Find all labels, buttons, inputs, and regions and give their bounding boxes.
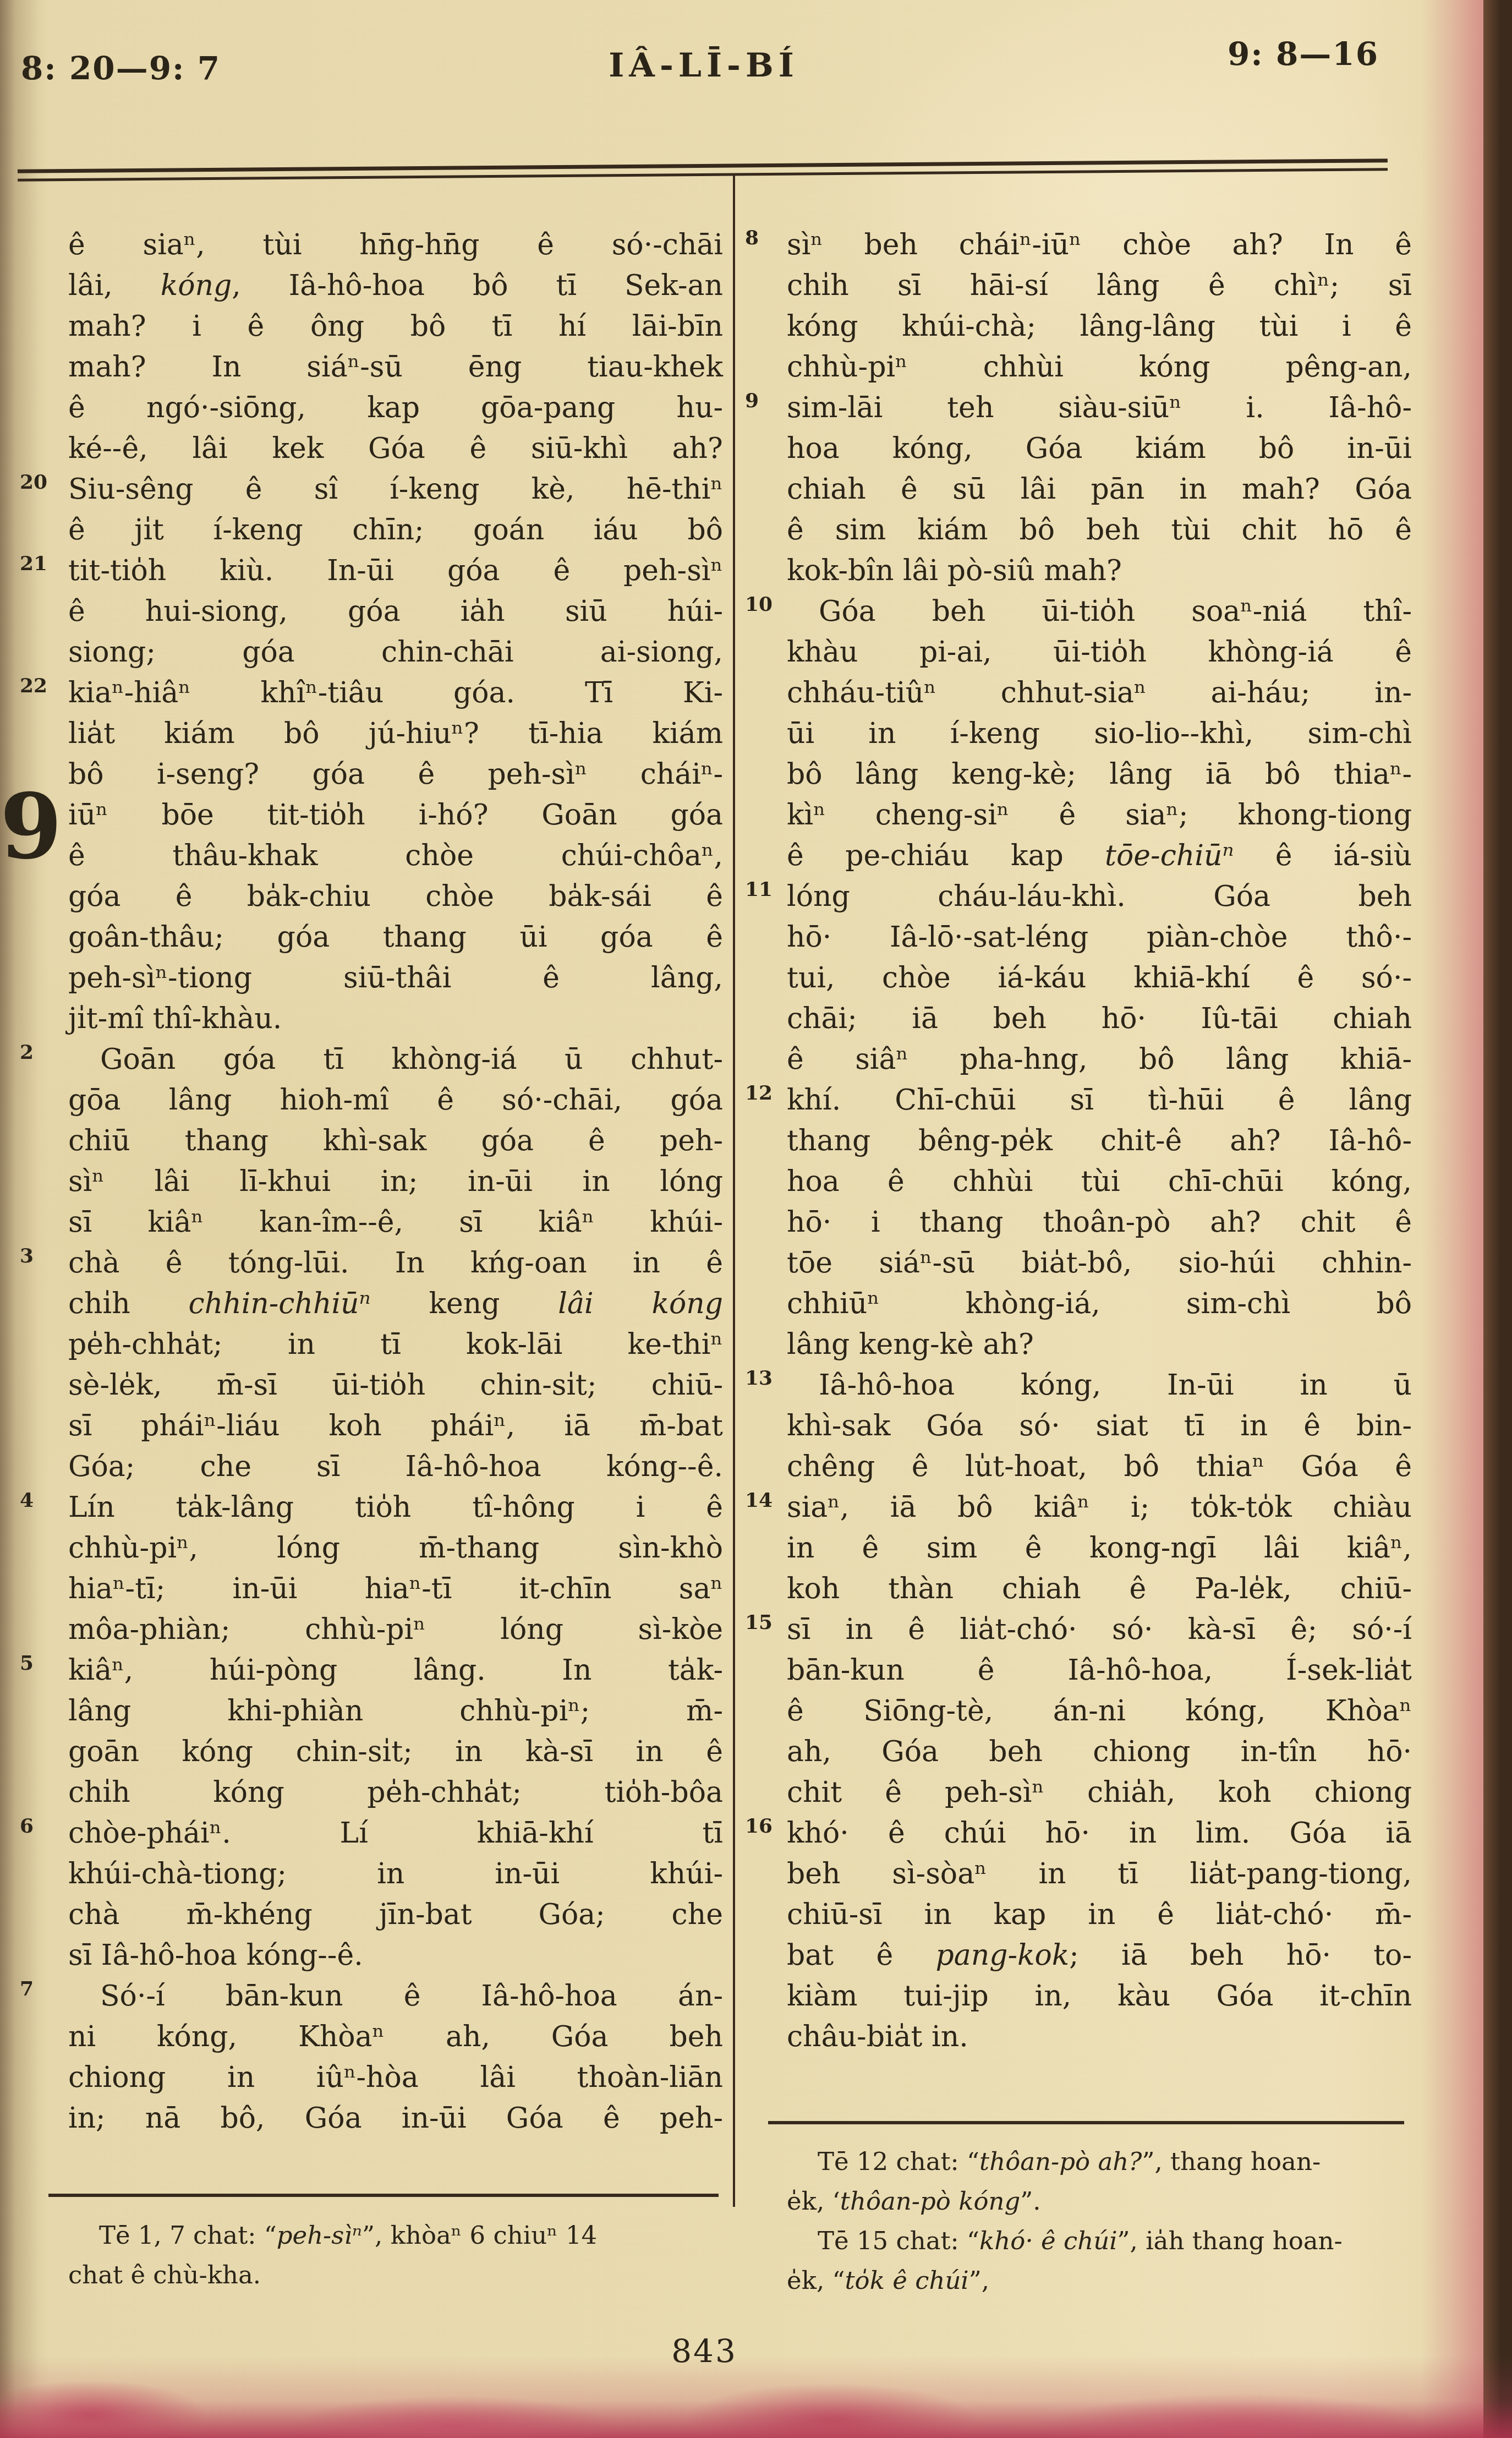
- verse-number: 14: [745, 1490, 773, 1510]
- text-run: ê Siōng-tè, án-ni kóng, Khòaⁿ: [787, 1694, 1412, 1728]
- text-run: chà ê tóng-lūi. In kńg-oan in ê: [68, 1247, 723, 1280]
- text-run: tui, chòe iá-káu khiā-khí ê só·-: [787, 961, 1412, 994]
- text-run: pe̍h-chha̍t; in tī kok-lāi ke-thiⁿ: [68, 1328, 723, 1361]
- verse-number: 9: [745, 391, 759, 411]
- right-footnote-rule: [768, 2121, 1404, 2124]
- text-run: chi̍h sī hāi-sí lâng ê chìⁿ; sī: [787, 269, 1412, 302]
- text-line: beh sì-sòaⁿ in tī lia̍t-pang-tiong,: [787, 1854, 1412, 1894]
- text-line: ji̍t-mî thî-khàu.: [68, 998, 723, 1039]
- text-run: siaⁿ, iā bô kiâⁿ i; to̍k-to̍k chiàu: [787, 1491, 1412, 1524]
- text-run: kóng khúi-chà; lâng-lâng tùi i ê: [787, 310, 1412, 343]
- right-footnotes: Tē 12 chat: “thôan-pò ah?”, thang hoan-e…: [787, 2142, 1412, 2300]
- page-bottom-dyed-edge: [0, 2355, 1512, 2438]
- text-line: khúi-chà-tiong; in in-ūi khúi-: [68, 1854, 723, 1894]
- text-run: chāi; iā beh hō· Iû-tāi chiah: [787, 1002, 1412, 1035]
- text-run: sìⁿ beh cháiⁿ-iūⁿ chòe ah? In ê: [787, 228, 1412, 261]
- text-run: ê sim kiám bô beh tùi chit hō ê: [787, 513, 1412, 546]
- verse-number: 3: [20, 1246, 34, 1266]
- text-run: e̍k, “: [787, 2266, 845, 2295]
- text-run: hō· Iâ-lō·-sat-léng piàn-chòe thô·-: [787, 921, 1412, 954]
- text-run: peh-sìⁿ-tiong siū-thâi ê lâng,: [68, 961, 723, 994]
- italic-text-run: thôan-pò kóng: [840, 2186, 1021, 2216]
- text-line: ni kóng, Khòaⁿ ah, Góa beh: [68, 2016, 723, 2057]
- text-run: Góa beh ūi-tio̍h soaⁿ-niá thî-: [819, 595, 1412, 628]
- text-run: sim-lāi teh siàu-siūⁿ i. Iâ-hô-: [787, 391, 1412, 424]
- text-line: kok-bîn lâi pò-siû mah?: [787, 550, 1412, 591]
- text-run: beh sì-sòaⁿ in tī lia̍t-pang-tiong,: [787, 1857, 1412, 1890]
- text-line: chiū-sī in kap in ê lia̍t-chó· m̄-: [787, 1894, 1412, 1935]
- text-line: 7Só·-í bān-kun ê Iâ-hô-hoa án-: [68, 1976, 723, 2016]
- text-line: chà m̄-khéng jīn-bat Góa; che: [68, 1894, 723, 1935]
- italic-text-run: kóng: [161, 269, 232, 302]
- text-line: 15sī in ê lia̍t-chó· só· kà-sī ê; só·-í: [787, 1609, 1412, 1650]
- text-run: ; iā beh hō· to-: [1069, 1939, 1412, 1972]
- text-line: chiah ê sū lâi pān in mah? Góa: [787, 469, 1412, 510]
- text-run: sī kiâⁿ kan-îm--ê, sī kiâⁿ khúi-: [68, 1206, 723, 1239]
- text-line: in ê sim ê kong-ngī lâi kiâⁿ,: [787, 1528, 1412, 1568]
- text-line: ê thâu-khak chòe chúi-chôaⁿ,: [68, 835, 723, 876]
- page-binding-edge: [0, 0, 39, 2438]
- text-run: chêng ê lu̍t-hoat, bô thiaⁿ Góa ê: [787, 1450, 1412, 1483]
- text-run: bān-kun ê Iâ-hô-hoa, Í-sek-lia̍t: [787, 1654, 1412, 1687]
- text-run: chi̍h kóng pe̍h-chha̍t; tio̍h-bôa: [68, 1776, 723, 1809]
- text-line: kóng khúi-chà; lâng-lâng tùi i ê: [787, 306, 1412, 347]
- text-run: chháu-tiûⁿ chhut-siaⁿ ai-háu; in-: [787, 676, 1412, 709]
- text-line: 14siaⁿ, iā bô kiâⁿ i; to̍k-to̍k chiàu: [787, 1487, 1412, 1528]
- text-line: chi̍h chhin-chhiūⁿ keng lâi kóng: [68, 1283, 723, 1324]
- text-run: in ê sim ê kong-ngī lâi kiâⁿ,: [787, 1532, 1412, 1565]
- text-run: sìⁿ lâi lī-khui in; in-ūi in lóng: [68, 1165, 723, 1198]
- text-run: koh thàn chiah ê Pa-le̍k, chiū-: [787, 1572, 1412, 1605]
- verse-number: 7: [20, 1979, 34, 1999]
- text-line: iūⁿ bōe tit-tio̍h i-hó? Goān góa: [68, 795, 723, 835]
- text-line: mah? i ê ông bô tī hí lāi-bīn: [68, 306, 723, 347]
- text-line: mah? In siáⁿ-sū ēng tiau-khek: [68, 347, 723, 387]
- text-line: ê Siōng-tè, án-ni kóng, Khòaⁿ: [787, 1691, 1412, 1731]
- text-run: goân-thâu; góa thang ūi góa ê: [68, 921, 723, 954]
- footnote-line: Tē 1, 7 chat: “peh-sìⁿ”, khòaⁿ 6 chiuⁿ 1…: [68, 2216, 723, 2255]
- text-line: 12khí. Chī-chūi sī tì-hūi ê lâng: [787, 1080, 1412, 1120]
- book-edge-background: [1483, 0, 1512, 2438]
- text-run: khó· ê chúi hō· in lim. Góa iā: [787, 1817, 1412, 1850]
- italic-text-run: thôan-pò ah?: [979, 2147, 1142, 2176]
- text-run: ê ngó·-siōng, kap gōa-pang hu-: [68, 391, 723, 424]
- text-run: Tē 12 chat: “: [818, 2147, 979, 2176]
- text-run: chit ê peh-sìⁿ chia̍h, koh chiong: [787, 1776, 1412, 1809]
- text-line: ké--ê, lâi kek Góa ê siū-khì ah?: [68, 428, 723, 469]
- text-line: hoa ê chhùi tùi chī-chūi kóng,: [787, 1161, 1412, 1202]
- italic-text-run: khó· ê chúi: [979, 2226, 1117, 2255]
- header-verse-range-right: 9: 8—16: [1228, 35, 1379, 73]
- text-line: môa-phiàn; chhù-piⁿ lóng sì-kòe: [68, 1609, 723, 1650]
- text-line: 8sìⁿ beh cháiⁿ-iūⁿ chòe ah? In ê: [787, 225, 1412, 265]
- text-line: goân-thâu; góa thang ūi góa ê: [68, 917, 723, 958]
- text-run: góa ê ba̍k-chiu chòe ba̍k-sái ê: [68, 880, 723, 913]
- text-run: lâng khi-phiàn chhù-piⁿ; m̄-: [68, 1694, 723, 1728]
- text-line: lâng keng-kè ah?: [787, 1324, 1412, 1365]
- italic-text-run: pang-kok: [935, 1939, 1069, 1972]
- text-run: sè-le̍k, m̄-sī ūi-tio̍h chin-si̍t; chiū-: [68, 1369, 723, 1402]
- text-run: chiah ê sū lâi pān in mah? Góa: [787, 473, 1412, 506]
- text-line: ê siâⁿ pha-hng, bô lâng khiā-: [787, 1039, 1412, 1080]
- text-run: ké--ê, lâi kek Góa ê siū-khì ah?: [68, 432, 723, 465]
- verse-number: 20: [20, 472, 47, 492]
- verse-number: 11: [745, 879, 773, 899]
- text-line: ah, Góa beh chiong in-tîn hō·: [787, 1731, 1412, 1772]
- text-line: 5kiâⁿ, húi-pòng lâng. In ta̍k-: [68, 1650, 723, 1691]
- text-line: bat ê pang-kok; iā beh hō· to-: [787, 1935, 1412, 1976]
- text-line: bān-kun ê Iâ-hô-hoa, Í-sek-lia̍t: [787, 1650, 1412, 1691]
- text-run: ê siaⁿ, tùi hn̄g-hn̄g ê só·-chāi: [68, 228, 723, 261]
- text-line: ê ji̍t í-keng chīn; goán iáu bô: [68, 510, 723, 550]
- text-run: sī Iâ-hô-hoa kóng--ê.: [68, 1939, 363, 1972]
- text-run: khì-sak Góa só· siat tī in ê bin-: [787, 1409, 1412, 1442]
- text-run: lâi,: [68, 269, 161, 302]
- text-run: Iâ-hô-hoa kóng, In-ūi in ū: [819, 1369, 1412, 1402]
- text-line: lâi, kóng, Iâ-hô-hoa bô tī Sek-an: [68, 265, 723, 306]
- text-run: ”, ia̍h thang hoan-: [1117, 2226, 1343, 2255]
- verse-number: 15: [745, 1612, 773, 1632]
- text-line: tōe siáⁿ-sū bia̍t-bô, sio-húi chhin-: [787, 1243, 1412, 1283]
- italic-text-run: chhin-chhiūⁿ: [189, 1287, 371, 1320]
- text-line: thang bêng-pe̍k chit-ê ah? Iâ-hô-: [787, 1120, 1412, 1161]
- left-footnotes: Tē 1, 7 chat: “peh-sìⁿ”, khòaⁿ 6 chiuⁿ 1…: [68, 2216, 723, 2295]
- text-run: lâng keng-kè ah?: [787, 1328, 1034, 1361]
- text-line: sìⁿ lâi lī-khui in; in-ūi in lóng: [68, 1161, 723, 1202]
- verse-number: 13: [745, 1368, 773, 1388]
- verse-number: 12: [745, 1083, 773, 1103]
- text-run: ”, thang hoan-: [1142, 2147, 1321, 2176]
- chapter-number: 9: [0, 783, 62, 872]
- text-run: hoa kóng, Góa kiám bô in-ūi: [787, 432, 1412, 465]
- text-line: chiong in iûⁿ-hòa lâi thoàn-liān: [68, 2057, 723, 2098]
- text-line: khì-sak Góa só· siat tī in ê bin-: [787, 1406, 1412, 1446]
- text-line: siong; góa chin-chāi ai-siong,: [68, 632, 723, 673]
- text-run: chòe-pháiⁿ. Lí khiā-khí tī: [68, 1817, 723, 1850]
- text-line: sī kiâⁿ kan-îm--ê, sī kiâⁿ khúi-: [68, 1202, 723, 1243]
- verse-number: 8: [745, 228, 759, 248]
- footnote-line: Tē 12 chat: “thôan-pò ah?”, thang hoan-: [787, 2142, 1412, 2182]
- text-run: , Iâ-hô-hoa bô tī Sek-an: [232, 269, 723, 302]
- text-run: khàu pi-ai, ūi-tio̍h khòng-iá ê: [787, 636, 1412, 669]
- text-run: chiū-sī in kap in ê lia̍t-chó· m̄-: [787, 1898, 1412, 1931]
- text-run: hō· i thang thoân-pò ah? chit ê: [787, 1206, 1412, 1239]
- text-line: sè-le̍k, m̄-sī ūi-tio̍h chin-si̍t; chiū-: [68, 1365, 723, 1406]
- verse-number: 4: [20, 1490, 34, 1510]
- text-run: mah? In siáⁿ-sū ēng tiau-khek: [68, 351, 723, 384]
- text-run: chiong in iûⁿ-hòa lâi thoàn-liān: [68, 2061, 723, 2094]
- text-run: ”,: [969, 2266, 989, 2295]
- text-line: chhiūⁿ khòng-iá, sim-chì bô: [787, 1283, 1412, 1324]
- text-line: goān kóng chin-si̍t; in kà-sī in ê: [68, 1731, 723, 1772]
- text-run: ūi in í-keng sio-lio--khì, sim-chì: [787, 717, 1412, 750]
- text-run: kìⁿ cheng-siⁿ ê siaⁿ; khong-tiong: [787, 799, 1412, 832]
- text-run: ê ji̍t í-keng chīn; goán iáu bô: [68, 513, 723, 546]
- text-line: bô lâng keng-kè; lâng iā bô thiaⁿ-: [787, 754, 1412, 795]
- verse-number: 2: [20, 1042, 34, 1062]
- text-run: môa-phiàn; chhù-piⁿ lóng sì-kòe: [68, 1613, 723, 1646]
- text-line: chit ê peh-sìⁿ chia̍h, koh chiong: [787, 1772, 1412, 1813]
- text-line: in; nā bô, Góa in-ūi Góa ê peh-: [68, 2098, 723, 2139]
- footnote-line: Tē 15 chat: “khó· ê chúi”, ia̍h thang ho…: [787, 2221, 1412, 2261]
- italic-text-run: lâi kóng: [558, 1287, 723, 1320]
- text-line: 20Siu-sêng ê sî í-keng kè, hē-thiⁿ: [68, 469, 723, 510]
- text-run: khúi-chà-tiong; in in-ūi khúi-: [68, 1857, 723, 1890]
- text-line: 9sim-lāi teh siàu-siūⁿ i. Iâ-hô-: [787, 387, 1412, 428]
- text-line: châu-bia̍t in.: [787, 2016, 1412, 2057]
- text-line: Góa; che sī Iâ-hô-hoa kóng--ê.: [68, 1446, 723, 1487]
- text-run: Só·-í bān-kun ê Iâ-hô-hoa án-: [100, 1980, 723, 2013]
- text-run: tit-tio̍h kiù. In-ūi góa ê peh-sìⁿ: [68, 554, 723, 587]
- text-line: koh thàn chiah ê Pa-le̍k, chiū-: [787, 1568, 1412, 1609]
- text-run: keng: [371, 1287, 558, 1320]
- text-run: chà m̄-khéng jīn-bat Góa; che: [68, 1898, 723, 1931]
- text-run: iūⁿ bōe tit-tio̍h i-hó? Goān góa: [68, 799, 723, 832]
- text-line: góa ê ba̍k-chiu chòe ba̍k-sái ê: [68, 876, 723, 917]
- text-line: chháu-tiûⁿ chhut-siaⁿ ai-háu; in-: [787, 673, 1412, 713]
- text-line: hō· i thang thoân-pò ah? chit ê: [787, 1202, 1412, 1243]
- text-run: thang bêng-pe̍k chit-ê ah? Iâ-hô-: [787, 1124, 1412, 1157]
- text-line: 4Lín ta̍k-lâng tio̍h tî-hông i ê: [68, 1487, 723, 1528]
- text-run: hoa ê chhùi tùi chī-chūi kóng,: [787, 1165, 1412, 1198]
- text-run: siong; góa chin-chāi ai-siong,: [68, 636, 723, 669]
- text-run: Tē 15 chat: “: [818, 2226, 979, 2255]
- verse-number: 6: [20, 1816, 34, 1836]
- text-line: 10Góa beh ūi-tio̍h soaⁿ-niá thî-: [787, 591, 1412, 632]
- running-title: IÂ-LĪ-BÍ: [17, 46, 1391, 85]
- text-run: lóng cháu-láu-khì. Góa beh: [787, 880, 1412, 913]
- text-run: lia̍t kiám bô jú-hiuⁿ? tī-hia kiám: [68, 717, 723, 750]
- text-run: khí. Chī-chūi sī tì-hūi ê lâng: [787, 1084, 1412, 1117]
- text-run: kiàm tui-jip in, kàu Góa it-chīn: [787, 1980, 1412, 2013]
- text-run: chat ê chù-kha.: [68, 2260, 261, 2289]
- text-line: sī Iâ-hô-hoa kóng--ê.: [68, 1935, 723, 1976]
- text-run: tōe siáⁿ-sū bia̍t-bô, sio-húi chhin-: [787, 1247, 1412, 1280]
- text-run: Tē 1, 7 chat: “: [99, 2221, 277, 2250]
- text-line: ê sim kiám bô beh tùi chit hō ê: [787, 510, 1412, 550]
- text-line: 13Iâ-hô-hoa kóng, In-ūi in ū: [787, 1365, 1412, 1406]
- column-divider-rule: [733, 174, 735, 2207]
- text-run: châu-bia̍t in.: [787, 2020, 968, 2053]
- text-run: ”, khòaⁿ 6 chiuⁿ 14: [362, 2221, 597, 2250]
- footnote-line: chat ê chù-kha.: [68, 2255, 723, 2295]
- text-line: chêng ê lu̍t-hoat, bô thiaⁿ Góa ê: [787, 1446, 1412, 1487]
- text-line: gōa lâng hioh-mî ê só·-chāi, góa: [68, 1080, 723, 1120]
- text-line: ê hui-siong, góa ia̍h siū húi-: [68, 591, 723, 632]
- footnote-line: e̍k, “to̍k ê chúi”,: [787, 2261, 1412, 2300]
- text-run: kiaⁿ-hiâⁿ khîⁿ-tiâu góa. Tī Ki-: [68, 676, 723, 709]
- text-line: chhù-piⁿ, lóng m̄-thang sìn-khò: [68, 1528, 723, 1568]
- verse-number: 21: [20, 554, 47, 573]
- text-line: sī pháiⁿ-liáu koh pháiⁿ, iā m̄-bat: [68, 1406, 723, 1446]
- text-run: ji̍t-mî thî-khàu.: [68, 1002, 282, 1035]
- text-line: chhù-piⁿ chhùi kóng pêng-an,: [787, 347, 1412, 387]
- text-run: chhù-piⁿ chhùi kóng pêng-an,: [787, 351, 1412, 384]
- text-line: kiàm tui-jip in, kàu Góa it-chīn: [787, 1976, 1412, 2016]
- text-run: chhù-piⁿ, lóng m̄-thang sìn-khò: [68, 1532, 723, 1565]
- text-run: Goān góa tī khòng-iá ū chhut-: [100, 1043, 723, 1076]
- text-run: ê siâⁿ pha-hng, bô lâng khiā-: [787, 1043, 1412, 1076]
- book-page: 8: 20—9: 7 IÂ-LĪ-BÍ 9: 8—16 9 ê siaⁿ, tù…: [0, 0, 1512, 2438]
- text-line: bô i-seng? góa ê peh-sìⁿ cháiⁿ-: [68, 754, 723, 795]
- text-line: pe̍h-chha̍t; in tī kok-lāi ke-thiⁿ: [68, 1324, 723, 1365]
- text-line: kìⁿ cheng-siⁿ ê siaⁿ; khong-tiong: [787, 795, 1412, 835]
- text-line: hiaⁿ-tī; in-ūi hiaⁿ-tī it-chīn saⁿ: [68, 1568, 723, 1609]
- text-line: chi̍h kóng pe̍h-chha̍t; tio̍h-bôa: [68, 1772, 723, 1813]
- text-line: 3chà ê tóng-lūi. In kńg-oan in ê: [68, 1243, 723, 1283]
- text-run: bô i-seng? góa ê peh-sìⁿ cháiⁿ-: [68, 758, 723, 791]
- text-run: Góa; che sī Iâ-hô-hoa kóng--ê.: [68, 1450, 723, 1483]
- left-footnote-rule: [48, 2194, 719, 2197]
- text-run: gōa lâng hioh-mî ê só·-chāi, góa: [68, 1084, 723, 1117]
- text-run: ”.: [1020, 2186, 1040, 2216]
- text-run: chhiūⁿ khòng-iá, sim-chì bô: [787, 1287, 1412, 1320]
- text-run: ê hui-siong, góa ia̍h siū húi-: [68, 595, 723, 628]
- text-run: goān kóng chin-si̍t; in kà-sī in ê: [68, 1735, 723, 1768]
- text-line: khàu pi-ai, ūi-tio̍h khòng-iá ê: [787, 632, 1412, 673]
- text-run: ah, Góa beh chiong in-tîn hō·: [787, 1735, 1412, 1768]
- italic-text-run: tōe-chiūⁿ: [1105, 839, 1234, 872]
- verse-number: 5: [20, 1653, 34, 1673]
- text-run: hiaⁿ-tī; in-ūi hiaⁿ-tī it-chīn saⁿ: [68, 1572, 723, 1605]
- text-run: kiâⁿ, húi-pòng lâng. In ta̍k-: [68, 1654, 723, 1687]
- text-run: chiū thang khì-sak góa ê peh-: [68, 1124, 723, 1157]
- footnote-line: e̍k, ‘thôan-pò kóng”.: [787, 2182, 1412, 2221]
- text-line: lia̍t kiám bô jú-hiuⁿ? tī-hia kiám: [68, 713, 723, 754]
- text-run: kok-bîn lâi pò-siû mah?: [787, 554, 1122, 587]
- text-line: 21tit-tio̍h kiù. In-ūi góa ê peh-sìⁿ: [68, 550, 723, 591]
- header-double-rule: [18, 158, 1388, 182]
- text-run: ê iá-siù: [1234, 839, 1412, 872]
- text-run: e̍k, ‘: [787, 2186, 840, 2216]
- text-line: 2Goān góa tī khòng-iá ū chhut-: [68, 1039, 723, 1080]
- text-line: chāi; iā beh hō· Iû-tāi chiah: [787, 998, 1412, 1039]
- text-run: ni kóng, Khòaⁿ ah, Góa beh: [68, 2020, 723, 2053]
- text-line: 6chòe-pháiⁿ. Lí khiā-khí tī: [68, 1813, 723, 1854]
- text-run: ê pe-chiáu kap: [787, 839, 1105, 872]
- text-run: mah? i ê ông bô tī hí lāi-bīn: [68, 310, 723, 343]
- text-run: in; nā bô, Góa in-ūi Góa ê peh-: [68, 2102, 723, 2135]
- page-right-dyed-edge: [1421, 0, 1487, 2438]
- text-line: tui, chòe iá-káu khiā-khí ê só·-: [787, 958, 1412, 998]
- text-run: sī in ê lia̍t-chó· só· kà-sī ê; só·-í: [787, 1613, 1412, 1646]
- text-line: ê siaⁿ, tùi hn̄g-hn̄g ê só·-chāi: [68, 225, 723, 265]
- text-line: chi̍h sī hāi-sí lâng ê chìⁿ; sī: [787, 265, 1412, 306]
- text-line: ê pe-chiáu kap tōe-chiūⁿ ê iá-siù: [787, 835, 1412, 876]
- text-run: chi̍h: [68, 1287, 189, 1320]
- italic-text-run: peh-sìⁿ: [277, 2221, 362, 2250]
- text-line: hō· Iâ-lō·-sat-léng piàn-chòe thô·-: [787, 917, 1412, 958]
- text-run: ê thâu-khak chòe chúi-chôaⁿ,: [68, 839, 723, 872]
- text-line: 11lóng cháu-láu-khì. Góa beh: [787, 876, 1412, 917]
- text-line: peh-sìⁿ-tiong siū-thâi ê lâng,: [68, 958, 723, 998]
- text-run: Lín ta̍k-lâng tio̍h tî-hông i ê: [68, 1491, 723, 1524]
- left-column-text: ê siaⁿ, tùi hn̄g-hn̄g ê só·-chāilâi, kón…: [68, 225, 723, 2139]
- text-line: 22kiaⁿ-hiâⁿ khîⁿ-tiâu góa. Tī Ki-: [68, 673, 723, 713]
- text-line: lâng khi-phiàn chhù-piⁿ; m̄-: [68, 1691, 723, 1731]
- text-run: sī pháiⁿ-liáu koh pháiⁿ, iā m̄-bat: [68, 1409, 723, 1442]
- left-column: 9 ê siaⁿ, tùi hn̄g-hn̄g ê só·-chāilâi, k…: [68, 225, 723, 2139]
- verse-number: 22: [20, 676, 47, 696]
- text-run: bat ê: [787, 1939, 935, 1972]
- text-line: ūi in í-keng sio-lio--khì, sim-chì: [787, 713, 1412, 754]
- right-column-text: 8sìⁿ beh cháiⁿ-iūⁿ chòe ah? In êchi̍h sī…: [787, 225, 1412, 2057]
- verse-number: 16: [745, 1816, 773, 1836]
- text-run: bô lâng keng-kè; lâng iā bô thiaⁿ-: [787, 758, 1412, 791]
- text-line: 16khó· ê chúi hō· in lim. Góa iā: [787, 1813, 1412, 1854]
- text-line: ê ngó·-siōng, kap gōa-pang hu-: [68, 387, 723, 428]
- italic-text-run: to̍k ê chúi: [845, 2266, 969, 2295]
- text-line: chiū thang khì-sak góa ê peh-: [68, 1120, 723, 1161]
- verse-number: 10: [745, 594, 773, 614]
- text-run: Siu-sêng ê sî í-keng kè, hē-thiⁿ: [68, 473, 723, 506]
- text-line: hoa kóng, Góa kiám bô in-ūi: [787, 428, 1412, 469]
- right-column: 8sìⁿ beh cháiⁿ-iūⁿ chòe ah? In êchi̍h sī…: [787, 225, 1412, 2057]
